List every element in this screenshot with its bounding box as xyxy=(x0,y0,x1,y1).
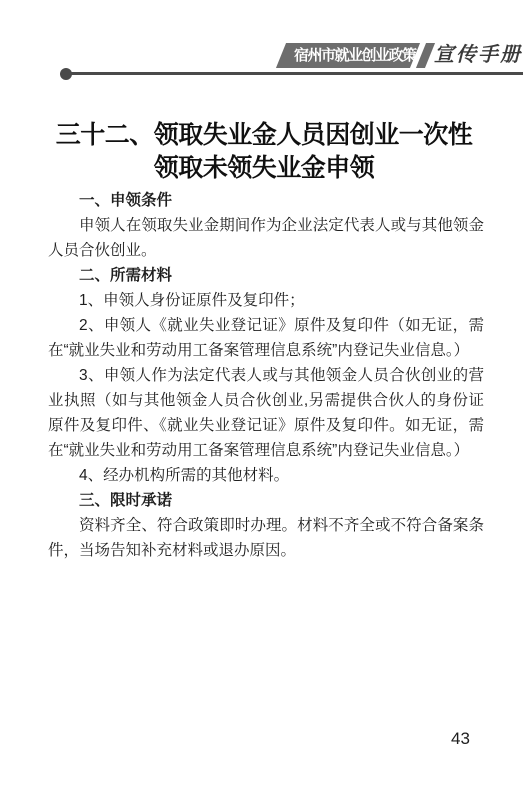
page-title-line1: 三十二、领取失业金人员因创业一次性 xyxy=(56,122,473,149)
document-page: 宿州市就业创业政策 宣传手册 三十二、领取失业金人员因创业一次性 领取未领失业金… xyxy=(0,0,528,793)
paragraph-material-1: 1、申领人身份证原件及复印件； xyxy=(48,288,484,313)
page-title-line2: 领取未领失业金申领 xyxy=(154,155,375,182)
paragraph-conditions: 申领人在领取失业金期间作为企业法定代表人或与其他领金人员合伙创业。 xyxy=(48,213,484,263)
paragraph-material-4: 4、经办机构所需的其他材料。 xyxy=(48,463,484,488)
section-heading-conditions: 一、申领条件 xyxy=(48,188,484,213)
header-rule xyxy=(66,72,523,75)
handbook-label: 宣传手册 xyxy=(434,44,522,66)
paragraph-material-2: 2、申领人《就业失业登记证》原件及复印件（如无证，需在“就业失业和劳动用工备案管… xyxy=(48,313,484,363)
paragraph-material-3: 3、申领人作为法定代表人或与其他领金人员合伙创业的营业执照（如与其他领金人员合伙… xyxy=(48,363,484,463)
header-badge-label: 宿州市就业创业政策 xyxy=(294,46,416,65)
section-heading-time-limit: 三、限时承诺 xyxy=(48,488,484,513)
section-heading-materials: 二、所需材料 xyxy=(48,263,484,288)
page-title: 三十二、领取失业金人员因创业一次性 领取未领失业金申领 xyxy=(0,119,528,185)
header-badge-tip-shape xyxy=(416,43,435,68)
paragraph-time-limit: 资料齐全、符合政策即时办理。材料不齐全或不符合备案条件，当场告知补充材料或退办原… xyxy=(48,513,484,563)
document-body: 一、申领条件 申领人在领取失业金期间作为企业法定代表人或与其他领金人员合伙创业。… xyxy=(48,188,484,563)
page-number: 43 xyxy=(451,729,470,749)
